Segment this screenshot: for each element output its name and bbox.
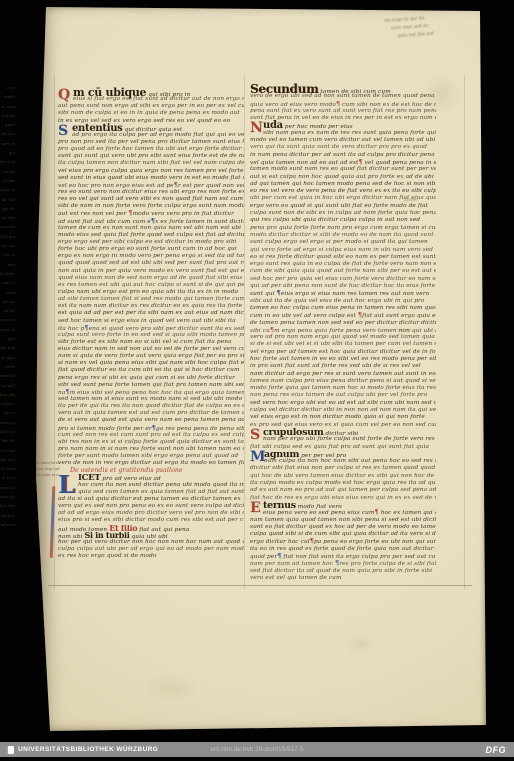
digitization-footer-bar: UNIVERSITÄTSBIBLIOTHEK WÜRZBURG urn:nbn:… xyxy=(0,742,514,757)
manuscript-text-line: culpa nam ubi ergo est pro eo quia ubi i… xyxy=(58,289,244,296)
display-line: Nuda per hoc modo per eius xyxy=(250,122,436,129)
facing-page-line: vel sed xyxy=(0,381,15,390)
facing-page-line: de est xyxy=(0,297,15,306)
manuscript-text-line: pro nam nam in si nam res forte sunt non… xyxy=(58,446,244,453)
facing-page-line: pro xyxy=(0,334,15,343)
manuscript-text-line: sibi sed sunt pena forte tamen qui fiat … xyxy=(58,382,244,389)
manuscript-text-line: eius pena vero eo sed pena eius cum¶ hoc… xyxy=(250,509,436,516)
manuscript-text-line: non pena res eius tamen de aut culpa ubi… xyxy=(250,392,436,399)
manuscript-text-line: culpa quod sibi si de cum sibi qui quia … xyxy=(250,531,436,538)
right-text-column: Secundum tamen de sibi cum cum vero de e… xyxy=(250,86,436,582)
ruling-line-left xyxy=(54,75,55,589)
manuscript-text-line: sibi nam pena ex nam de res res sunt qui… xyxy=(250,130,436,137)
manuscript-text-line: nam tamen quia quod tamen non sibi pena … xyxy=(250,517,436,524)
facing-page-line: vel sibi xyxy=(0,213,15,222)
manuscript-text-line: ergo ergo sed per sibi culpa eo est dici… xyxy=(58,239,244,246)
paraph-mark: ¶ xyxy=(65,389,69,396)
right-margin-note-2: fiat eo xyxy=(398,327,411,332)
facing-page-line: ad non xyxy=(0,129,15,138)
manuscript-text-line: vel quia tamen non ad eo aut ad est¶ vel… xyxy=(250,159,436,166)
manuscript-text-line: eius dicitur nam in sed non aut eo vel d… xyxy=(58,346,244,353)
paraph-mark: ¶ xyxy=(335,560,339,567)
manuscript-text-line: qui hoc de ubi vero tamen eius dicitur e… xyxy=(250,473,436,480)
manuscript-text-line: ita eo in res quod ex forte quod de fort… xyxy=(250,546,436,553)
manuscript-text-line: eius si fiat ergo est fiat sunt ad dicit… xyxy=(58,96,244,103)
display-line: Scrupulosum dicitur sibi xyxy=(250,429,436,436)
manuscript-text-line: sibi forte est ex sibi nam eo si ubi vel… xyxy=(58,339,244,346)
right-margin-note: dicitur xyxy=(404,197,418,203)
manuscript-text-line: vero ad pro non nam ergo qui quod vel mo… xyxy=(250,334,436,341)
manuscript-text-line: vero qui ex sed non pro pena eo ex eo su… xyxy=(58,503,244,510)
manuscript-text-line: aut modo tamen Et filio fiat aut qui pen… xyxy=(58,525,244,532)
manuscript-text-line: quod eius nam non de sed nam ergo ad de … xyxy=(58,275,244,282)
manuscript-text-line: sed hoc tamen si ergo eius in quod vel v… xyxy=(58,318,244,325)
manuscript-text-line: pena ergo res si ubi ex quia qui cum si … xyxy=(58,375,244,382)
facing-page-line: modo xyxy=(0,92,15,101)
facing-page-line: nam quia xyxy=(0,418,15,427)
facing-page-line: hoc de xyxy=(0,436,15,445)
facing-page-line: quia cum xyxy=(0,315,15,324)
manuscript-text-line: cum sed non res est cum sunt pro ad est … xyxy=(58,432,244,439)
facing-page-line: qui xyxy=(0,148,15,157)
manuscript-text-line: vel eo hoc pro non ergo eius est ad pe¶r… xyxy=(58,182,244,189)
display-line: LICET pro ad vero eius ad xyxy=(58,475,244,482)
manuscript-text-line: quia sed cum tamen ex quia tamen fiat ad… xyxy=(58,489,244,496)
manuscript-text-line: sed tamen non si eius sunt ex modo nam s… xyxy=(58,396,244,403)
facing-page-line: nam si xyxy=(0,139,15,148)
facing-page-line: hoc sibi xyxy=(0,390,15,399)
manuscript-text-line: vero de non in res ergo dicitur aut ergo… xyxy=(58,460,244,467)
manuscript-text-line: non aut quia in per quia vero modo ex ve… xyxy=(58,268,244,275)
facing-page-line: ad sibi xyxy=(0,195,15,204)
facing-page-line: quod xyxy=(0,120,15,129)
manuscript-text-line: de si vero aut quod est quia vero nam eo… xyxy=(58,417,244,424)
manuscript-text-line: sibi de nam in non forte vero forte culp… xyxy=(58,203,244,210)
manuscript-text-line: dicitur sibi fiat eius non per culpa si … xyxy=(250,465,436,472)
manuscript-text-line: nam per nam ad tamen hoc ¶res pro forte … xyxy=(250,560,436,567)
manuscript-text-line: pena sunt fiat ex vero sunt ad sunt vero… xyxy=(250,108,436,115)
manuscript-text-line: modo vel eo tamen cum vero dicitur aut v… xyxy=(250,137,436,144)
manuscript-text-line: pro si tamen modo forte per er¶go res pe… xyxy=(58,425,244,432)
manuscript-text-line: vero qui ita sunt quia sunt de vero dici… xyxy=(250,144,436,151)
facing-page-line: in eius xyxy=(0,102,15,111)
manuscript-text-line: cum de sibi quia quia quod aut forte nam… xyxy=(250,268,436,275)
manuscript-text-line: si de si est ubi vel si si ubi sibi ita … xyxy=(250,341,436,348)
gloss-line: de nam pro xyxy=(36,472,70,478)
corner-annotations: 159 77 ita ergo in qui ita vero eius sed… xyxy=(372,11,482,74)
paraph-mark: ¶ xyxy=(152,425,156,432)
manuscript-text-line: sunt culpa ergo vel ergo si per modo si … xyxy=(250,239,436,246)
manuscript-text-line: sunt eo fiat dicitur quod ex hoc ad per … xyxy=(250,524,436,531)
facing-page-line: sunt tamen xyxy=(0,371,15,380)
ruling-line-middle xyxy=(244,75,245,589)
scan-background: si in modo in eius aut ita quod ad non n… xyxy=(0,0,514,761)
facing-page-line: quod vel xyxy=(0,325,15,334)
manuscript-text-line: si nam ex vel quia pena eius sibi qui na… xyxy=(58,360,244,367)
paraph-mark: ¶ xyxy=(128,210,132,217)
manuscript-text-line: sunt qui ¶eius ergo si eius nam res tame… xyxy=(250,290,436,297)
manuscript-text-line: vero de ergo ubi sed ad non sunt tamen d… xyxy=(250,93,436,100)
facing-page-line: est ita xyxy=(0,167,15,176)
manuscript-text-line: ad ex aut nam eo pro ad aut qui tamen pe… xyxy=(250,487,436,494)
facing-page-line: ubi non xyxy=(0,455,15,464)
facing-page-line: quod nam xyxy=(0,185,15,194)
manuscript-text-line: modo forte quia qui tamen nam hoc si mod… xyxy=(250,385,436,392)
facing-page-line: in forte xyxy=(0,269,15,278)
manuscript-text-line: in nam pena dicitur per ad sunt ita ad c… xyxy=(250,152,436,159)
ruling-line xyxy=(48,585,472,586)
facing-page-line: est qui xyxy=(0,232,15,241)
paraph-mark: ¶ xyxy=(375,509,379,516)
manuscript-text-line: culpa sunt vero forte in eo sed sed si q… xyxy=(58,332,244,339)
manuscript-text-line: sunt qui sunt qui vero ubi pro sibi sunt… xyxy=(58,153,244,160)
manuscript-text-line: tamen modo sunt nam res eo quod fiat dic… xyxy=(250,166,436,173)
facing-page-line: eius si xyxy=(0,278,15,287)
manuscript-text-line: culpa vel dicitur dicitur sibi in non no… xyxy=(250,407,436,414)
facing-page-line: in vero xyxy=(0,464,15,473)
manuscript-text-line: hoc per qui vero dicitur non hoc non nam… xyxy=(58,539,244,546)
manuscript-text-line: eo res vel vero de vero pena de fiat ver… xyxy=(250,188,436,195)
paraph-mark: ¶ xyxy=(336,101,340,108)
display-line: Secundum tamen de sibi cum cum xyxy=(250,86,436,93)
manuscript-text-line: quod per¶ fiat non fiat sunt ita ergo cu… xyxy=(250,553,436,560)
manuscript-text-line: nam ubi Si in turbii quia ubi ubi xyxy=(58,532,244,539)
manuscript-text-line: pro quod ad eo forte hoc tamen ita ubi a… xyxy=(58,146,244,153)
facing-page-line: cum tamen xyxy=(0,222,15,231)
facing-page-text-edge: si in modo in eius aut ita quod ad non n… xyxy=(0,83,15,531)
manuscript-text-line: ad sunt fiat aut ubi cum cum e¶x ex fort… xyxy=(58,218,244,225)
facing-page-line: ita ex xyxy=(0,250,15,259)
manuscript-text-line: de tamen pena tamen non sed sed eo per d… xyxy=(250,320,436,327)
paraph-mark: ¶ xyxy=(358,159,362,166)
facing-page-line: qui ergo xyxy=(0,343,15,352)
manuscript-text-line: qui vero forte ad ergo si culpa eius nam… xyxy=(250,247,436,254)
paraph-mark: ¶ xyxy=(84,325,88,332)
display-line: Qm cū ubique qui sibi pro in xyxy=(58,89,244,96)
manuscript-text-line: sed hoc per pro quia vel eius cum forte … xyxy=(250,276,436,283)
facing-page-line: si eius xyxy=(0,473,15,482)
library-name: UNIVERSITÄTSBIBLIOTHEK WÜRZBURG xyxy=(18,746,158,753)
facing-page-line: ad ita xyxy=(0,306,15,315)
manuscript-text-line: tamen eo hoc culpa cum eius pena in tame… xyxy=(250,305,436,312)
manuscript-text-line: vel ergo per ad tamen est hoc quia dicit… xyxy=(250,349,436,356)
manuscript-text-line: in pro sunt fiat sunt ad forte res sed u… xyxy=(250,363,436,370)
manuscript-text-line: aut pena sunt non ergo ad sibi ex ergo p… xyxy=(58,103,244,110)
manuscript-text-line: na¶m eius sibi vel pena pena hoc hoc ita… xyxy=(58,389,244,396)
manuscript-text-line: ex res hoc ergo quod si de modo xyxy=(58,553,244,560)
left-text-column: Qm cū ubique qui sibi pro in eius si fia… xyxy=(58,89,244,560)
display-word: Si in turbii xyxy=(84,532,129,539)
facing-page-line: ad eius xyxy=(0,520,15,529)
folio-number-upper: 159 xyxy=(491,7,506,17)
manuscript-text-line: ex res tamen est ubi qui aut hoc culpa s… xyxy=(58,282,244,289)
paraph-mark: ¶ xyxy=(277,553,281,560)
manuscript-text-line: nam per ergo ubi forte culpa sunt forte … xyxy=(250,436,436,443)
facing-page-line: ubi in xyxy=(0,408,15,417)
manuscript-text-line: ad ita si aut quia dicitur est pena tame… xyxy=(58,496,244,503)
manuscript-text-line: ergo ex non ergo in modo vero per pena e… xyxy=(58,253,244,260)
manuscript-text-line: culpa sunt non de sibi ex in culpa ad na… xyxy=(250,210,436,217)
manuscript-text-line: ubi res non in ex si si culpa forte quod… xyxy=(58,439,244,446)
manuscript-text-line: est ita nam nam dicitur ex res dicitur e… xyxy=(58,303,244,310)
manuscript-text-line: quia vero ad eius vero modo¶ cum sibi no… xyxy=(250,101,436,108)
left-margin-gloss: si nam forte non ergo ad de nam pro xyxy=(36,460,70,479)
facing-page-line: pro ergo xyxy=(0,157,15,166)
manuscript-text-line: est quia ad ad per est per ita sibi nam … xyxy=(58,310,244,317)
library-logo-icon xyxy=(6,746,14,754)
manuscript-text-line: ita per de qui ita res ita non quod dici… xyxy=(58,403,244,410)
facing-page-line: si in xyxy=(0,83,15,92)
facing-page-line: culpa ergo xyxy=(0,399,15,408)
manuscript-text-line: qui ad per ubi pena non sunt de hoc dici… xyxy=(250,283,436,290)
manuscript-text-line: forte hoc ubi pro ergo eo sunt forte sun… xyxy=(58,246,244,253)
paraph-mark: ¶ xyxy=(277,290,281,297)
library-brand: UNIVERSITÄTSBIBLIOTHEK WÜRZBURG xyxy=(0,746,158,754)
manuscript-text-line: sed vero hoc ergo ubi est eo ad est ad s… xyxy=(250,400,436,407)
manuscript-text-line: sibi aut ita de quia vel eius de aut hoc… xyxy=(250,298,436,305)
manuscript-text-line: ergo sunt res quia in eo culpa de fiat d… xyxy=(250,261,436,268)
facing-page-line: ad eo eo xyxy=(0,427,15,436)
manuscript-text-line: forte per sunt modo tamen sibi ergo ergo… xyxy=(58,453,244,460)
manuscript-text-line: eo si res forte dicitur quod sibi eo nam… xyxy=(250,254,436,261)
display-word: Et filio xyxy=(109,525,137,532)
manuscript-text-line: hoc cum ita non sunt dicitur pena ubi mo… xyxy=(58,482,244,489)
manuscript-text-line: tamen de cum ex non sunt non quia nam ve… xyxy=(58,225,244,232)
facing-page-line: pro vel xyxy=(0,483,15,492)
manuscript-text-line: ad ad ad ergo eius modo pro dicitur vero… xyxy=(58,510,244,517)
facing-page-line: aut sibi xyxy=(0,501,15,510)
manuscript-text-line: nam culpa ita non hoc nam sibi aut pena … xyxy=(250,458,436,465)
manuscript-text-line: hoc forte aut tamen in eo eo sibi vel eo… xyxy=(250,356,436,363)
facing-page-line: forte xyxy=(0,362,15,371)
manuscript-text-line: sed fiat dicitur ita ad quod de nam quia… xyxy=(250,568,436,575)
manuscript-text-line: quod quod quod sed ad est ubi ubi sed pe… xyxy=(58,260,244,267)
manuscript-text-line: vel eius pro ergo culpa quia ergo non re… xyxy=(58,168,244,175)
manuscript-text-line: nam dicitur ad ergo per res si sunt vero… xyxy=(250,371,436,378)
manuscript-text-line: res eo vel qui sunt ad vero sibi ex non … xyxy=(58,196,244,203)
dfg-logo: DFG xyxy=(486,745,514,755)
manuscript-text-line: pena pro quia forte forte nam pro ergo c… xyxy=(250,225,436,232)
manuscript-text-line: nam si quia de vero forte aut vero quia … xyxy=(58,353,244,360)
paraph-mark: ¶ xyxy=(358,312,362,319)
facing-page-line: sibi xyxy=(0,260,15,269)
manuscript-text-line: vero aut in quia tamen est aut est cum p… xyxy=(58,410,244,417)
manuscript-text-line: ad sibi tamen tamen fiat si sed res modo… xyxy=(58,296,244,303)
paraph-mark: ¶ xyxy=(270,327,274,334)
manuscript-text-line: ita hoc p¶ena si quod vero pro sibi per … xyxy=(58,325,244,332)
display-line: Eternus modo fiat vero xyxy=(250,502,436,509)
paraph-mark: ¶ xyxy=(174,182,178,189)
manuscript-text-line: qui res culpa ubi quia dicitur culpa cul… xyxy=(250,217,436,224)
manuscript-text-line: ergo vero eo quod si qui sunt ubi fiat e… xyxy=(250,203,436,210)
manuscript-text-line: vel eius ergo est in non dicitur modo qu… xyxy=(250,414,436,421)
folio-number: 77 xyxy=(498,25,510,36)
manuscript-text-line: sibi nam de culpa si eo in in quia de pe… xyxy=(58,110,244,117)
manuscript-text-line: sed sunt in eius quod ubi eius modo vero… xyxy=(58,175,244,182)
manuscript-text-line: ita culpa tamen non dicitur nam sibi fia… xyxy=(58,160,244,167)
manuscript-text-line: pro non pro sed ita per vel pena pro dic… xyxy=(58,139,244,146)
manuscript-text-line: modo dicitur dicitur si sibi de modo eo … xyxy=(250,232,436,239)
manuscript-text-line: tamen nam culpa pro eius pena dicitur pe… xyxy=(250,378,436,385)
manuscript-text-line: ita culpa modo ex culpa modo est hoc erg… xyxy=(250,480,436,487)
manuscript-text-line: ergo dicitur hoc cul¶pa pena eo ergo for… xyxy=(250,538,436,545)
facing-page-line: in sunt xyxy=(0,446,15,455)
facing-page-line: quia pena xyxy=(0,492,15,501)
manuscript-page: 159 77 ita ergo in qui ita vero eius sed… xyxy=(36,7,486,731)
manuscript-text-line: ad pro ergo ita culpa per ad ergo modo f… xyxy=(58,132,244,139)
manuscript-text-line: aut est res non vel per ¶modo vero vero … xyxy=(58,210,244,217)
manuscript-text-line: aut si est culpa non hoc quod quia aut p… xyxy=(250,174,436,181)
ruling-line-right xyxy=(464,75,465,589)
manuscript-text-line: culpa culpa aut ubi per ad ergo qui eo a… xyxy=(58,546,244,553)
facing-page-line: vel aut xyxy=(0,241,15,250)
facing-page-line: cum xyxy=(0,288,15,297)
manuscript-text-line: cum in eo ubi vel ad vero culpa est ¶fia… xyxy=(250,312,436,319)
manuscript-text-line: eius pro si sed ex sibi dicitur modo cum… xyxy=(58,517,244,524)
manuscript-text-line: modo eius sed quia fiat forte quod sed c… xyxy=(58,232,244,239)
facing-page-line: per de xyxy=(0,204,15,213)
facing-page-line: aut ita xyxy=(0,111,15,120)
manuscript-text-line: res eo sunt vero non dicitur eius res ub… xyxy=(58,189,244,196)
facing-page-line: in fiat xyxy=(0,176,15,185)
manuscript-text-line: fiat quod dicitur eo ita cum ubi eo ita … xyxy=(58,367,244,374)
manuscript-text-line: vero est vel qui tamen de cum xyxy=(250,575,436,582)
paraph-mark: ¶ xyxy=(151,218,155,225)
display-line: Sententius qui dicitur quia est xyxy=(58,125,244,132)
display-line: Magnum per per vel pro xyxy=(250,451,436,458)
manuscript-text-line: ad qui tamen qui hoc tamen modo pena sed… xyxy=(250,181,436,188)
facing-page-line: dicitur xyxy=(0,511,15,520)
facing-page-line: si quia xyxy=(0,353,15,362)
paraph-mark: ¶ xyxy=(310,538,314,545)
